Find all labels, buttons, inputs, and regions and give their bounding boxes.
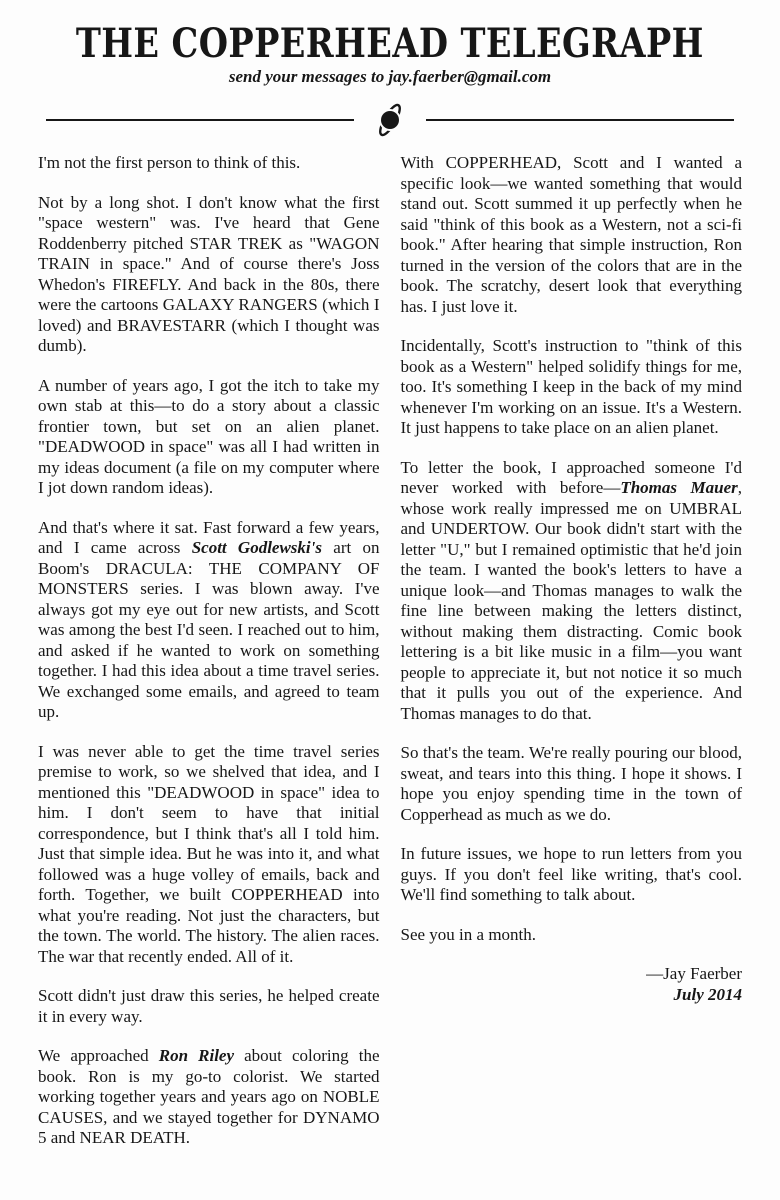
paragraph-text: , whose work really impressed me on UMBR… bbox=[401, 478, 743, 723]
saturn-icon bbox=[372, 100, 408, 140]
left-column: I'm not the first person to think of thi… bbox=[38, 153, 380, 1168]
paragraph: And that's where it sat. Fast forward a … bbox=[38, 518, 380, 723]
signature-name: —Jay Faerber bbox=[401, 964, 743, 985]
paragraph-text: In future issues, we hope to run letters… bbox=[401, 844, 743, 904]
page-title: THE COPPERHEAD TELEGRAPH bbox=[76, 24, 704, 64]
paragraph: I was never able to get the time travel … bbox=[38, 742, 380, 968]
right-column: With COPPERHEAD, Scott and I wanted a sp… bbox=[401, 153, 743, 1168]
paragraph-text: Not by a long shot. I don't know what th… bbox=[38, 193, 380, 356]
divider bbox=[46, 100, 734, 140]
divider-line-right bbox=[426, 119, 734, 121]
page-subtitle: send your messages to jay.faerber@gmail.… bbox=[0, 67, 780, 87]
paragraph: We approached Ron Riley about coloring t… bbox=[38, 1046, 380, 1149]
paragraph-text: Incidentally, Scott's instruction to "th… bbox=[401, 336, 743, 437]
signature: —Jay Faerber July 2014 bbox=[401, 964, 743, 1005]
paragraph: To letter the book, I approached someone… bbox=[401, 458, 743, 725]
paragraph: Incidentally, Scott's instruction to "th… bbox=[401, 336, 743, 439]
signature-date: July 2014 bbox=[401, 985, 743, 1006]
paragraph: In future issues, we hope to run letters… bbox=[401, 844, 743, 906]
two-column-body: I'm not the first person to think of thi… bbox=[38, 153, 742, 1168]
left-paragraphs: I'm not the first person to think of thi… bbox=[38, 153, 380, 1149]
paragraph: Scott didn't just draw this series, he h… bbox=[38, 986, 380, 1027]
paragraph-text: So that's the team. We're really pouring… bbox=[401, 743, 743, 824]
paragraph-text: I was never able to get the time travel … bbox=[38, 742, 380, 966]
emphasized-name: Thomas Mauer bbox=[620, 478, 737, 497]
paragraph: A number of years ago, I got the itch to… bbox=[38, 376, 380, 499]
masthead: THE COPPERHEAD TELEGRAPH send your messa… bbox=[0, 0, 780, 87]
emphasized-name: Scott Godlewski's bbox=[192, 538, 322, 557]
paragraph-text: We approached bbox=[38, 1046, 159, 1065]
paragraph-text: See you in a month. bbox=[401, 925, 537, 944]
paragraph: So that's the team. We're really pouring… bbox=[401, 743, 743, 825]
paragraph-text: Scott didn't just draw this series, he h… bbox=[38, 986, 380, 1026]
right-paragraphs: With COPPERHEAD, Scott and I wanted a sp… bbox=[401, 153, 743, 945]
paragraph: Not by a long shot. I don't know what th… bbox=[38, 193, 380, 357]
paragraph-text: With COPPERHEAD, Scott and I wanted a sp… bbox=[401, 153, 743, 316]
paragraph-text: art on Boom's DRACULA: THE COMPANY OF MO… bbox=[38, 538, 380, 721]
letters-page: THE COPPERHEAD TELEGRAPH send your messa… bbox=[0, 0, 780, 1200]
paragraph-text: I'm not the first person to think of thi… bbox=[38, 153, 300, 172]
divider-line-left bbox=[46, 119, 354, 121]
emphasized-name: Ron Riley bbox=[159, 1046, 234, 1065]
paragraph-text: A number of years ago, I got the itch to… bbox=[38, 376, 380, 498]
paragraph: I'm not the first person to think of thi… bbox=[38, 153, 380, 174]
paragraph: With COPPERHEAD, Scott and I wanted a sp… bbox=[401, 153, 743, 317]
paragraph: See you in a month. bbox=[401, 925, 743, 946]
